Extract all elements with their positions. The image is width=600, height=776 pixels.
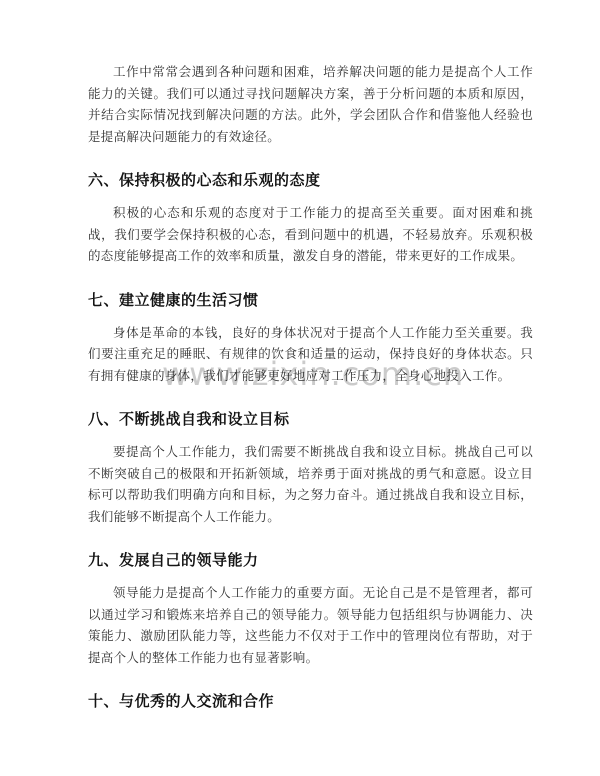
- section-heading-6: 六、保持积极的心态和乐观的态度: [88, 170, 533, 190]
- section-heading-10: 十、与优秀的人交流和合作: [88, 691, 533, 711]
- section-heading-8: 八、不断挑战自我和设立目标: [88, 409, 533, 429]
- intro-paragraph: 工作中常常会遇到各种问题和困难，培养解决问题的能力是提高个人工作能力的关键。我们…: [88, 62, 533, 148]
- section-paragraph-6: 积极的心态和乐观的态度对于工作能力的提高至关重要。面对困难和挑战，我们要学会保持…: [88, 203, 533, 268]
- section-paragraph-8: 要提高个人工作能力，我们需要不断挑战自我和设立目标。挑战自己可以不断突破自己的极…: [88, 442, 533, 528]
- section-heading-7: 七、建立健康的生活习惯: [88, 290, 533, 310]
- section-paragraph-9: 领导能力是提高个人工作能力的重要方面。无论自己是不是管理者，都可以通过学习和锻炼…: [88, 583, 533, 669]
- section-paragraph-7: 身体是革命的本钱，良好的身体状况对于提高个人工作能力至关重要。我们要注重充足的睡…: [88, 323, 533, 388]
- document-page: 工作中常常会遇到各种问题和困难，培养解决问题的能力是提高个人工作能力的关键。我们…: [0, 0, 600, 776]
- section-heading-9: 九、发展自己的领导能力: [88, 550, 533, 570]
